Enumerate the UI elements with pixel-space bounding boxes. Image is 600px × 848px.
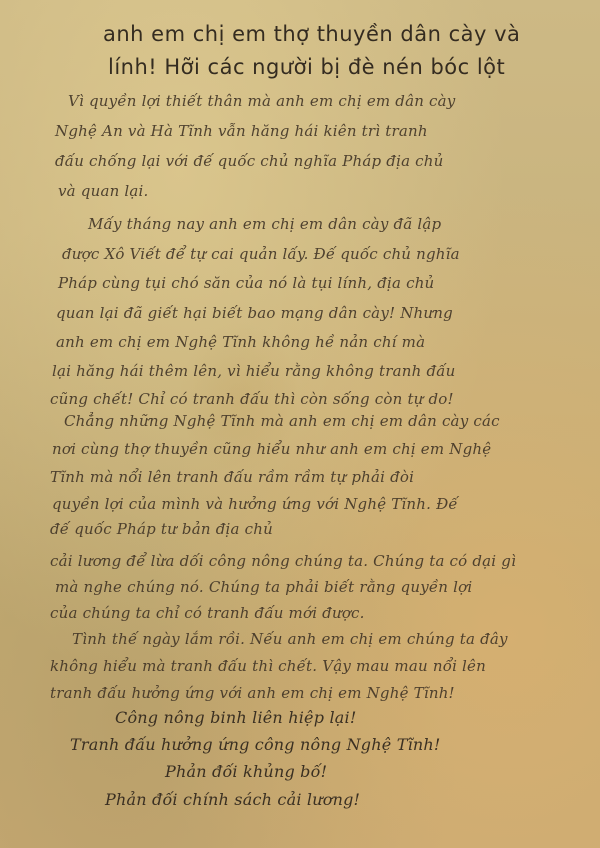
paragraph-1-line-3: đấu chống lại với đế quốc chủ nghĩa Pháp… — [55, 152, 444, 170]
paragraph-2-line-7: cũng chết! Chỉ có tranh đấu thì còn sống… — [50, 390, 454, 408]
paragraph-4-line-1: cải lương để lừa dối công nông chúng ta.… — [50, 552, 516, 570]
heading-line-1: anh em chị em thợ thuyền dân cày và — [103, 22, 520, 46]
paragraph-3-line-1: Chẳng những Nghệ Tĩnh mà anh em chị em d… — [64, 412, 500, 430]
paragraph-3-line-3: Tĩnh mà nổi lên tranh đấu rầm rầm tự phả… — [50, 468, 414, 486]
paragraph-1-line-4: và quan lại. — [58, 182, 149, 200]
paragraph-3-line-4: quyền lợi của mình và hưởng ứng với Nghệ… — [52, 495, 458, 513]
paragraph-2-line-2: được Xô Viết để tự cai quản lấy. Đế quốc… — [62, 245, 460, 263]
paragraph-2-line-5: anh em chị em Nghệ Tĩnh không hề nản chí… — [56, 333, 425, 351]
paragraph-2-line-6: lại hăng hái thêm lên, vì hiểu rằng khôn… — [52, 362, 456, 380]
paragraph-4-line-3: của chúng ta chỉ có tranh đấu mới được. — [50, 604, 365, 622]
slogan-2: Tranh đấu hưởng ứng công nông Nghệ Tĩnh! — [70, 735, 441, 754]
paragraph-4-line-2: mà nghe chúng nó. Chúng ta phải biết rằn… — [55, 578, 472, 596]
paragraph-5-line-3: tranh đấu hưởng ứng với anh em chị em Ng… — [50, 684, 455, 702]
paragraph-2-line-3: Pháp cùng tụi chó săn của nó là tụi lính… — [58, 274, 434, 292]
paragraph-5-line-2: không hiểu mà tranh đấu thì chết. Vậy ma… — [50, 657, 486, 675]
heading-line-2: lính! Hỡi các người bị đè nén bóc lột — [108, 55, 505, 79]
slogan-1: Công nông binh liên hiệp lại! — [115, 708, 356, 727]
paragraph-2-line-1: Mấy tháng nay anh em chị em dân cày đã l… — [88, 215, 441, 233]
handwritten-letter-page: anh em chị em thợ thuyền dân cày và lính… — [0, 0, 600, 848]
paragraph-1-line-1: Vì quyền lợi thiết thân mà anh em chị em… — [68, 92, 455, 110]
paragraph-3-line-2: nơi cùng thợ thuyền cũng hiểu như anh em… — [52, 440, 491, 458]
slogan-4: Phản đối chính sách cải lương! — [105, 790, 360, 809]
paragraph-2-line-4: quan lại đã giết hại biết bao mạng dân c… — [56, 304, 453, 322]
paragraph-1-line-2: Nghệ An và Hà Tĩnh vẫn hăng hái kiên trì… — [55, 122, 428, 140]
paragraph-5-line-1: Tình thế ngày lắm rồi. Nếu anh em chị em… — [72, 630, 508, 648]
slogan-3: Phản đối khủng bố! — [165, 762, 327, 781]
paragraph-3-line-5: đế quốc Pháp tư bản địa chủ — [50, 520, 273, 538]
